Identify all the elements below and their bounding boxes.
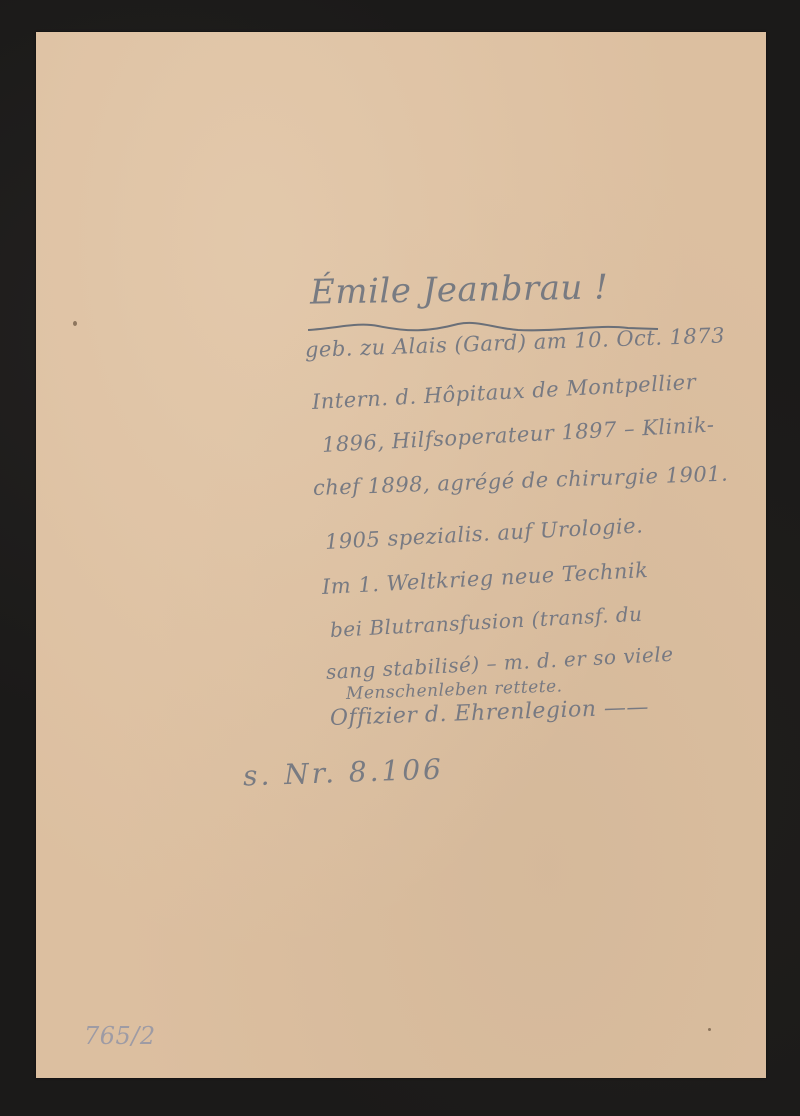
- cross-reference-number: s. Nr. 8.106: [242, 753, 444, 793]
- paper-speck: [73, 321, 77, 326]
- card-title-name: Émile Jeanbrau !: [310, 267, 609, 312]
- archive-number: 765/2: [84, 1022, 156, 1050]
- index-card: [36, 32, 766, 1078]
- paper-speck: [708, 1028, 711, 1031]
